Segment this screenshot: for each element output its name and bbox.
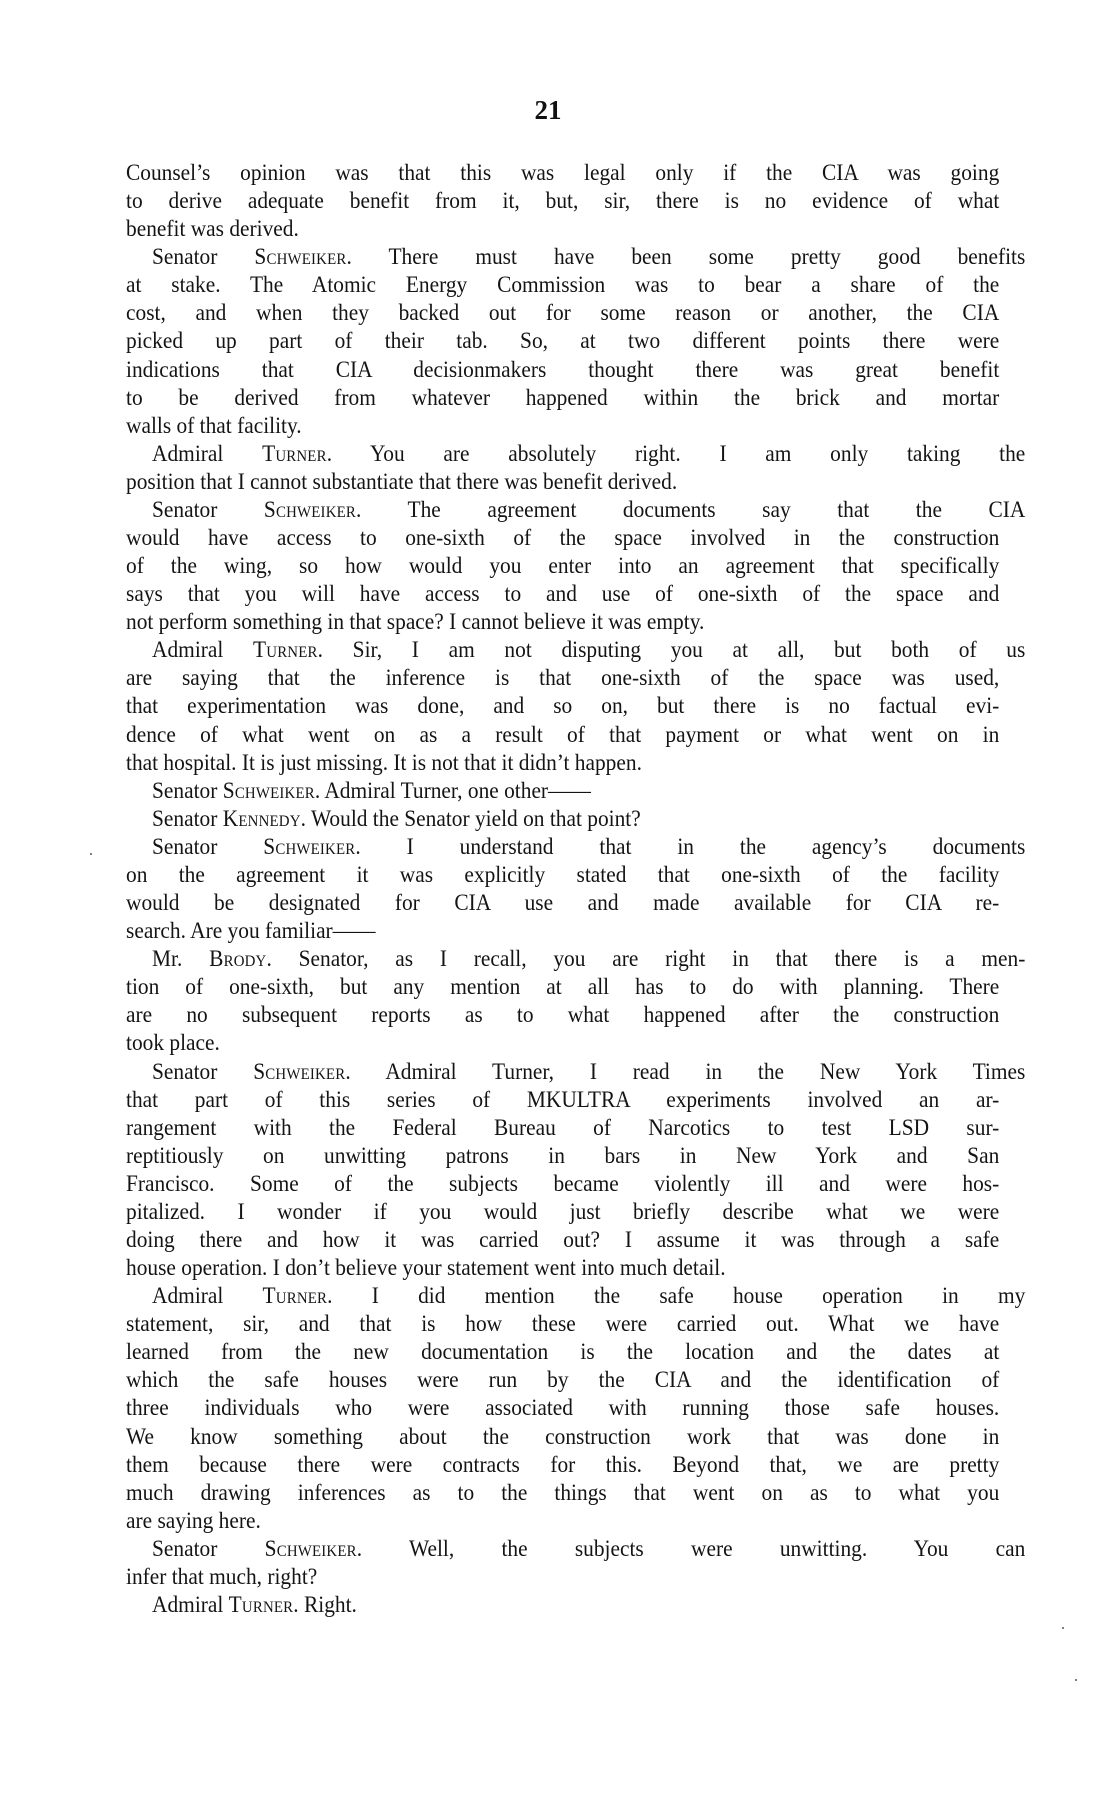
line-text: . Admiral Turner, I read in the New York… <box>345 1059 1025 1084</box>
text-line: are saying that the inference is that on… <box>126 664 999 692</box>
speaker-name: Schweiker <box>254 244 346 269</box>
text-line: to be derived from whatever happened wit… <box>126 384 999 412</box>
line-text: . You are absolutely right. I am only ta… <box>327 441 1026 466</box>
speaker-name: Kennedy <box>223 806 301 831</box>
speaker-paragraph: Senator Schweiker. I understand that in … <box>126 833 999 945</box>
text-line: Senator Kennedy. Would the Senator yield… <box>126 805 999 833</box>
text-line: Senator Schweiker. There must have been … <box>126 243 1025 271</box>
text-line: are no subsequent reports as to what hap… <box>126 1001 999 1029</box>
text-line: would have access to one-sixth of the sp… <box>126 524 999 552</box>
text-line: Admiral Turner. I did mention the safe h… <box>126 1282 1025 1310</box>
speaker-name: Turner <box>229 1592 294 1617</box>
text-line: Senator Schweiker. Admiral Turner, one o… <box>126 777 999 805</box>
speaker-name: Schweiker <box>265 1536 357 1561</box>
speaker-paragraph: Admiral Turner. Right. <box>126 1591 999 1619</box>
text-line: took place. <box>126 1029 999 1057</box>
speaker-name: Turner <box>263 1283 328 1308</box>
text-line: dence of what went on as a result of tha… <box>126 721 999 749</box>
transcript-body: Counsel’s opinion was that this was lega… <box>126 159 999 1619</box>
speaker-title: Admiral <box>152 1283 263 1308</box>
speaker-name: Brody <box>209 946 266 971</box>
text-line: much drawing inferences as to the things… <box>126 1479 999 1507</box>
speaker-paragraph: Senator Schweiker. The agreement documen… <box>126 496 999 636</box>
text-line: Admiral Turner. Right. <box>126 1591 999 1619</box>
speaker-paragraph: Senator Schweiker. Admiral Turner, I rea… <box>126 1058 999 1283</box>
text-line: learned from the new documentation is th… <box>126 1338 999 1366</box>
speaker-paragraph: Senator Schweiker. Well, the subjects we… <box>126 1535 999 1591</box>
text-line: on the agreement it was explicitly state… <box>126 861 999 889</box>
text-line: walls of that facility. <box>126 412 999 440</box>
speaker-title: Senator <box>152 834 263 859</box>
line-text: . The agreement documents say that the C… <box>356 497 1025 522</box>
text-line: them because there were contracts for th… <box>126 1451 999 1479</box>
text-line: pitalized. I wonder if you would just br… <box>126 1198 999 1226</box>
text-line: that experimentation was done, and so on… <box>126 692 999 720</box>
speaker-paragraph: Admiral Turner. Sir, I am not disputing … <box>126 636 999 776</box>
text-line: says that you will have access to and us… <box>126 580 999 608</box>
line-text: . There must have been some pretty good … <box>346 244 1025 269</box>
text-line: not perform something in that space? I c… <box>126 608 999 636</box>
text-line: Senator Schweiker. Admiral Turner, I rea… <box>126 1058 1025 1086</box>
text-line: at stake. The Atomic Energy Commission w… <box>126 271 999 299</box>
line-text: . Would the Senator yield on that point? <box>301 806 641 831</box>
text-line: infer that much, right? <box>126 1563 999 1591</box>
speaker-paragraph: Senator Schweiker. There must have been … <box>126 243 999 440</box>
speaker-title: Admiral <box>152 1592 229 1617</box>
text-line: are saying here. <box>126 1507 999 1535</box>
speaker-title: Senator <box>152 806 223 831</box>
line-text: . Sir, I am not disputing you at all, bu… <box>318 637 1026 662</box>
text-line: rangement with the Federal Bureau of Nar… <box>126 1114 999 1142</box>
speaker-name: Turner <box>253 637 318 662</box>
text-line: Senator Schweiker. I understand that in … <box>126 833 1025 861</box>
line-text: . Right. <box>293 1592 357 1617</box>
text-line: that part of this series of MKULTRA expe… <box>126 1086 999 1114</box>
speaker-paragraph: Senator Kennedy. Would the Senator yield… <box>126 805 999 833</box>
line-text: . I understand that in the agency’s docu… <box>355 834 1025 859</box>
text-line: Admiral Turner. You are absolutely right… <box>126 440 1025 468</box>
text-line: cost, and when they backed out for some … <box>126 299 999 327</box>
speaker-title: Senator <box>152 244 254 269</box>
speaker-title: Senator <box>152 497 264 522</box>
page-number: 21 <box>0 96 1096 124</box>
text-line: to derive adequate benefit from it, but,… <box>126 187 999 215</box>
speaker-title: Mr. <box>152 946 209 971</box>
text-line: house operation. I don’t believe your st… <box>126 1254 999 1282</box>
speaker-title: Admiral <box>152 441 262 466</box>
line-text: . Well, the subjects were unwitting. You… <box>357 1536 1026 1561</box>
speaker-name: Schweiker <box>223 778 315 803</box>
scan-speck <box>1062 1627 1064 1629</box>
text-line: Admiral Turner. Sir, I am not disputing … <box>126 636 1025 664</box>
speaker-name: Turner <box>262 441 327 466</box>
text-line: search. Are you familiar—— <box>126 917 999 945</box>
line-text: . Senator, as I recall, you are right in… <box>267 946 1026 971</box>
speaker-title: Senator <box>152 1059 253 1084</box>
text-line: Mr. Brody. Senator, as I recall, you are… <box>126 945 1025 973</box>
speaker-title: Admiral <box>152 637 253 662</box>
speaker-paragraph: Admiral Turner. You are absolutely right… <box>126 440 999 496</box>
text-line: Counsel’s opinion was that this was lega… <box>126 159 999 187</box>
speaker-name: Schweiker <box>264 497 356 522</box>
speaker-paragraph: Mr. Brody. Senator, as I recall, you are… <box>126 945 999 1057</box>
text-line: that hospital. It is just missing. It is… <box>126 749 999 777</box>
text-line: tion of one-sixth, but any mention at al… <box>126 973 999 1001</box>
speaker-paragraph: Senator Schweiker. Admiral Turner, one o… <box>126 777 999 805</box>
text-line: indications that CIA decisionmakers thou… <box>126 356 999 384</box>
text-line: picked up part of their tab. So, at two … <box>126 327 999 355</box>
document-page: 21 Counsel’s opinion was that this was l… <box>0 0 1096 1816</box>
text-line: of the wing, so how would you enter into… <box>126 552 999 580</box>
text-line: would be designated for CIA use and made… <box>126 889 999 917</box>
text-line: We know something about the construction… <box>126 1423 999 1451</box>
text-line: reptitiously on unwitting patrons in bar… <box>126 1142 999 1170</box>
line-text: . I did mention the safe house operation… <box>327 1283 1025 1308</box>
text-line: which the safe houses were run by the CI… <box>126 1366 999 1394</box>
text-line: doing there and how it was carried out? … <box>126 1226 999 1254</box>
speaker-title: Senator <box>152 778 223 803</box>
scan-speck <box>1075 1679 1077 1681</box>
scan-speck <box>90 853 92 855</box>
text-line: benefit was derived. <box>126 215 999 243</box>
text-line: Francisco. Some of the subjects became v… <box>126 1170 999 1198</box>
continuation-paragraph: Counsel’s opinion was that this was lega… <box>126 159 999 243</box>
text-line: Senator Schweiker. Well, the subjects we… <box>126 1535 1025 1563</box>
text-line: position that I cannot substantiate that… <box>126 468 999 496</box>
speaker-paragraph: Admiral Turner. I did mention the safe h… <box>126 1282 999 1535</box>
text-line: three individuals who were associated wi… <box>126 1394 999 1422</box>
text-line: statement, sir, and that is how these we… <box>126 1310 999 1338</box>
text-line: Senator Schweiker. The agreement documen… <box>126 496 1025 524</box>
speaker-name: Schweiker <box>263 834 355 859</box>
line-text: . Admiral Turner, one other—— <box>315 778 591 803</box>
speaker-name: Schweiker <box>253 1059 345 1084</box>
speaker-title: Senator <box>152 1536 265 1561</box>
